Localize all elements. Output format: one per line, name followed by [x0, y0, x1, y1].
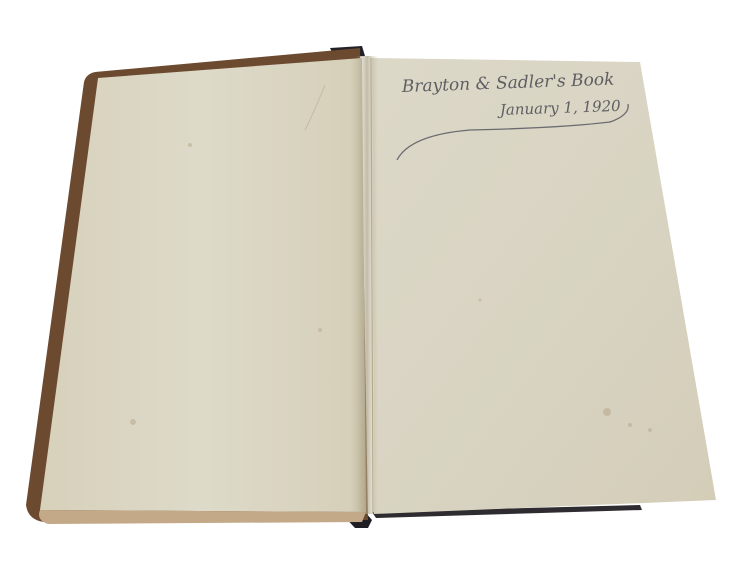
book-photo: Brayton & Sadler's Book January 1, 1920	[0, 0, 750, 563]
left-page-bottom-edge	[39, 510, 366, 524]
gutter-shadow	[356, 56, 378, 514]
right-page	[372, 58, 716, 514]
